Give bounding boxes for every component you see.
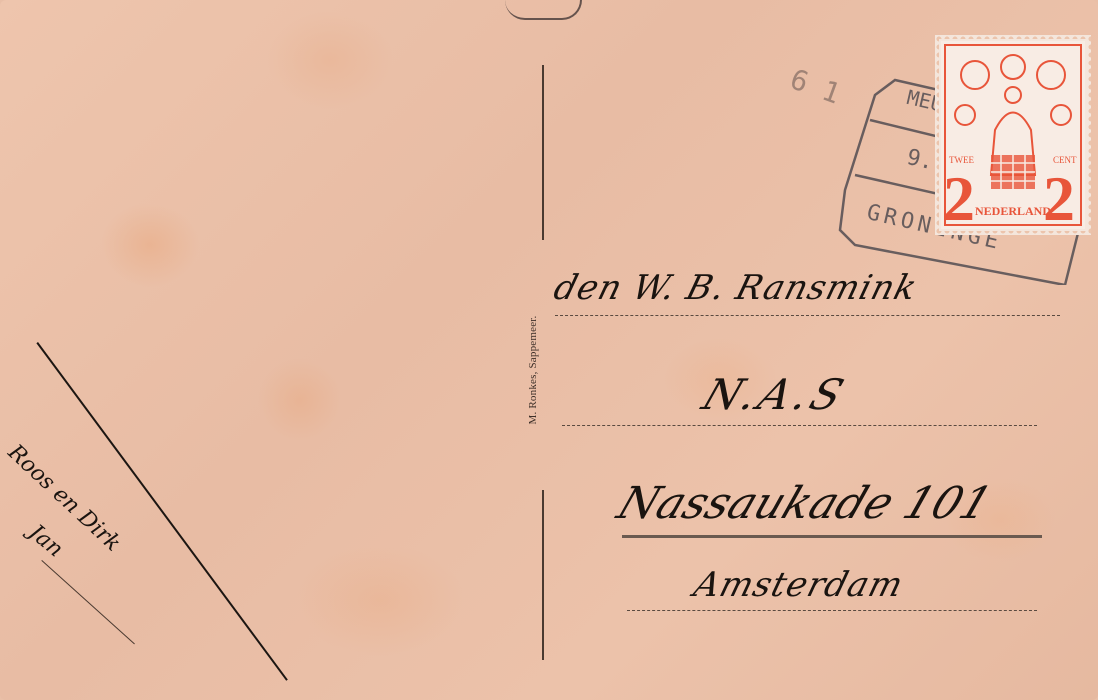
- address-line-2: N.A.S: [696, 370, 854, 419]
- address-line-3-rule: [622, 535, 1042, 538]
- address-line-4: Amsterdam: [690, 565, 908, 605]
- stamp-denomination-left: 2: [943, 163, 975, 234]
- publisher-imprint: M. Ronkes, Sappemeer.: [527, 316, 539, 425]
- message-line-2: Jan: [24, 520, 68, 562]
- stamp-denomination-right: 2: [1043, 163, 1075, 234]
- address-line-2-rule: [562, 425, 1037, 426]
- postage-stamp: TWEE CENT 2 2 NEDERLAND: [935, 35, 1091, 235]
- stamp-art: TWEE CENT 2 2 NEDERLAND: [935, 35, 1091, 235]
- address-line-4-rule: [627, 610, 1037, 611]
- message-line-1: Roos en Dirk: [3, 440, 125, 557]
- stamp-country: NEDERLAND: [975, 204, 1051, 218]
- postcard-back: M. Ronkes, Sappemeer. Roos en Dirk Jan d…: [0, 0, 1098, 700]
- address-line-3: Nassaukade 101: [611, 478, 999, 529]
- center-divider-top: [542, 65, 544, 240]
- top-ink-mark: [505, 0, 582, 20]
- address-line-1-rule: [555, 315, 1060, 316]
- center-divider-bottom: [542, 490, 544, 660]
- signature-underline: [41, 560, 135, 644]
